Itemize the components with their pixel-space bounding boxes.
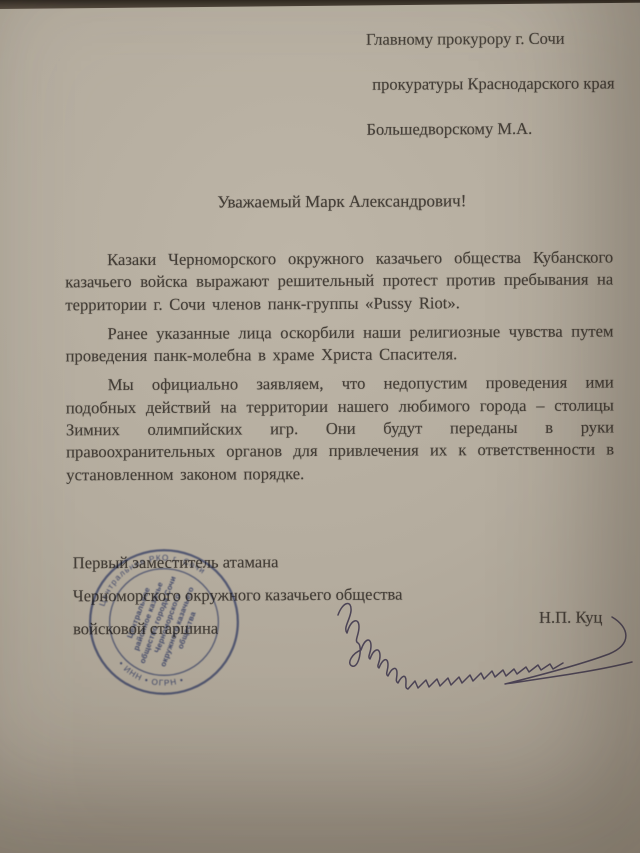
recipient-line: прокуратуры Краснодарского края (366, 73, 614, 94)
stamp-center-text: Центральное районное казачье общество го… (118, 568, 206, 675)
round-stamp: Центральное РКО г. Сочи • ИНН • ОГРН • Ц… (84, 543, 244, 701)
letter-body: Казаки Черноморского окружного казачьего… (65, 246, 614, 493)
paragraph: Казаки Черноморского окружного казачьего… (65, 246, 613, 316)
letter-photo: Главному прокурору г. Сочи прокуратуры К… (0, 0, 640, 853)
letter-document: Главному прокурору г. Сочи прокуратуры К… (0, 0, 640, 853)
paragraph: Ранее указанные лица оскорбили наши рели… (65, 320, 613, 367)
signature-flourish (505, 617, 632, 684)
recipient-line: Большедворскому М.А. (366, 118, 614, 139)
signature-stroke (338, 604, 563, 689)
paragraph: Мы официально заявляем, что недопустим п… (66, 372, 615, 486)
salutation: Уважаемый Марк Александрович! (69, 190, 615, 213)
recipient-line: Главному прокурору г. Сочи (366, 28, 614, 49)
handwritten-signature (328, 593, 640, 705)
recipient-block: Главному прокурору г. Сочи прокуратуры К… (366, 28, 615, 164)
